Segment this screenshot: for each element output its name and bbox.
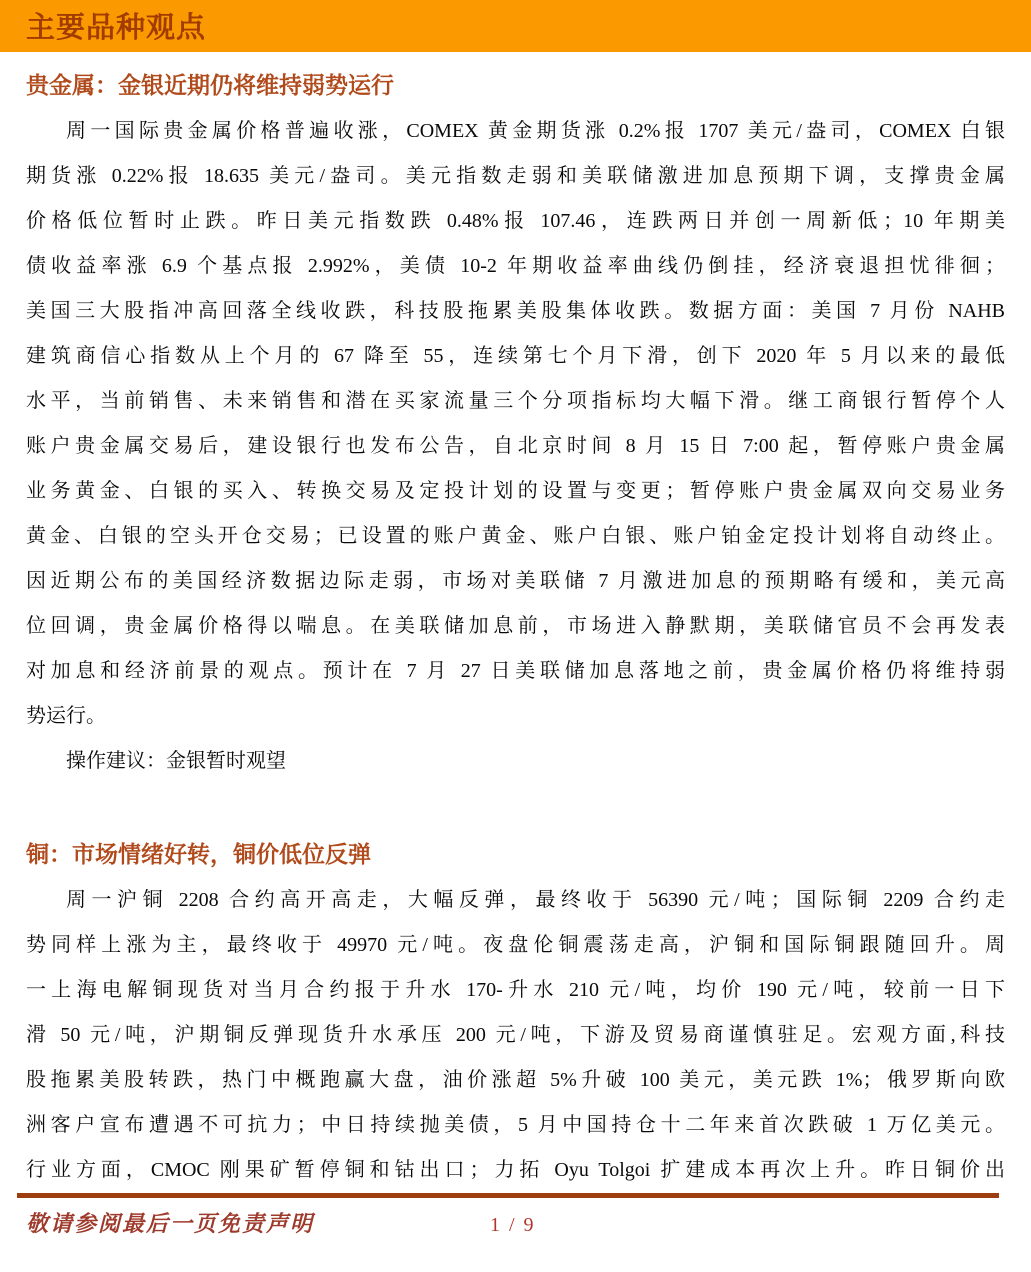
text-line: 滑 50 元/吨，沪期铜反弹现货升水承压 200 元/吨，下游及贸易商谨慎驻足。…	[26, 1013, 1005, 1058]
text-line: 位回调，贵金属价格得以喘息。在美联储加息前，市场进入静默期，美联储官员不会再发表	[26, 604, 1005, 649]
text-line: 洲客户宣布遭遇不可抗力；中日持续抛美债，5 月中国持仓十二年来首次跌破 1 万亿…	[26, 1103, 1005, 1148]
text-line: 黄金、白银的空头开仓交易；已设置的账户黄金、账户白银、账户铂金定投计划将自动终止…	[26, 514, 1005, 559]
page-number: 1 / 9	[490, 1214, 536, 1237]
text-line: 因近期公布的美国经济数据边际走弱，市场对美联储 7 月激进加息的预期略有缓和，美…	[26, 559, 1005, 604]
precious-metals-paragraph: 周一国际贵金属价格普遍收涨，COMEX 黄金期货涨 0.2%报 1707 美元/…	[26, 109, 1005, 739]
footer-row: 敬请参阅最后一页免责声明 1 / 9	[26, 1207, 1005, 1238]
text-line: 周一国际贵金属价格普遍收涨，COMEX 黄金期货涨 0.2%报 1707 美元/…	[26, 109, 1005, 154]
text-line: 势运行。	[26, 694, 1005, 739]
copper-paragraph: 周一沪铜 2208 合约高开高走，大幅反弹，最终收于 56390 元/吨；国际铜…	[26, 878, 1005, 1193]
precious-metals-heading: 贵金属：金银近期仍将维持弱势运行	[26, 69, 1005, 101]
text-line: 业务黄金、白银的买入、转换交易及定投计划的设置与变更；暂停账户贵金属双向交易业务	[26, 469, 1005, 514]
text-line: 账户贵金属交易后，建设银行也发布公告，自北京时间 8 月 15 日 7:00 起…	[26, 424, 1005, 469]
footer-disclaimer: 敬请参阅最后一页免责声明	[26, 1207, 490, 1238]
text-line: 建筑商信心指数从上个月的 67 降至 55，连续第七个月下滑，创下 2020 年…	[26, 334, 1005, 379]
report-body: 贵金属：金银近期仍将维持弱势运行 周一国际贵金属价格普遍收涨，COMEX 黄金期…	[26, 69, 1005, 1193]
text-line: 周一沪铜 2208 合约高开高走，大幅反弹，最终收于 56390 元/吨；国际铜…	[26, 878, 1005, 923]
page-footer: 敬请参阅最后一页免责声明 1 / 9	[0, 1193, 1031, 1238]
text-line: 一上海电解铜现货对当月合约报于升水 170-升水 210 元/吨，均价 190 …	[26, 968, 1005, 1013]
section-copper: 铜：市场情绪好转，铜价低位反弹 周一沪铜 2208 合约高开高走，大幅反弹，最终…	[26, 838, 1005, 1193]
text-line: 水平，当前销售、未来销售和潜在买家流量三个分项指标均大幅下滑。继工商银行暂停个人	[26, 379, 1005, 424]
text-line: 价格低位暂时止跌。昨日美元指数跌 0.48%报 107.46，连跌两日并创一周新…	[26, 199, 1005, 244]
banner-title: 主要品种观点	[26, 5, 206, 46]
footer-rule	[17, 1193, 999, 1198]
report-page: { "banner": { "title": "主要品种观点" }, "sect…	[0, 0, 1031, 1272]
text-line: 期货涨 0.22%报 18.635 美元/盎司。美元指数走弱和美联储激进加息预期…	[26, 154, 1005, 199]
text-line: 股拖累美股转跌，热门中概跑赢大盘，油价涨超 5%升破 100 美元，美元跌 1%…	[26, 1058, 1005, 1103]
banner: 主要品种观点	[0, 0, 1031, 52]
text-line: 美国三大股指冲高回落全线收跌，科技股拖累美股集体收跌。数据方面：美国 7 月份 …	[26, 289, 1005, 334]
text-line: 对加息和经济前景的观点。预计在 7 月 27 日美联储加息落地之前，贵金属价格仍…	[26, 649, 1005, 694]
text-line: 债收益率涨 6.9 个基点报 2.992%，美债 10-2 年期收益率曲线仍倒挂…	[26, 244, 1005, 289]
precious-metals-advice: 操作建议：金银暂时观望	[26, 739, 1005, 784]
copper-heading: 铜：市场情绪好转，铜价低位反弹	[26, 838, 1005, 870]
text-line: 行业方面，CMOC 刚果矿暂停铜和钴出口；力拓 Oyu Tolgoi 扩建成本再…	[26, 1148, 1005, 1193]
text-line: 势同样上涨为主，最终收于 49970 元/吨。夜盘伦铜震荡走高，沪铜和国际铜跟随…	[26, 923, 1005, 968]
section-precious-metals: 贵金属：金银近期仍将维持弱势运行 周一国际贵金属价格普遍收涨，COMEX 黄金期…	[26, 69, 1005, 784]
